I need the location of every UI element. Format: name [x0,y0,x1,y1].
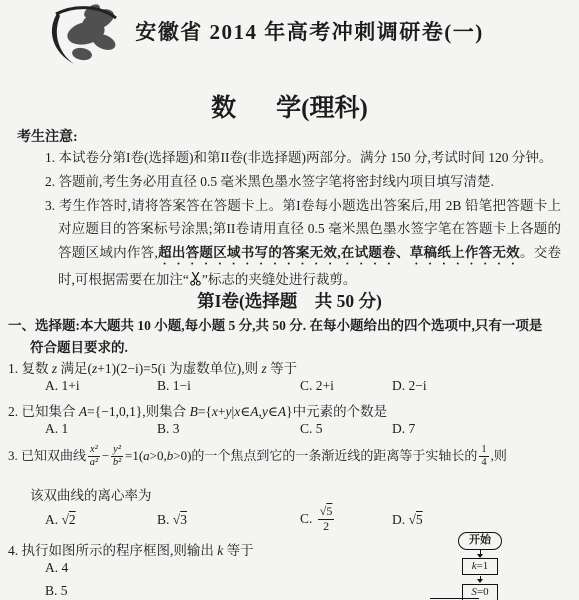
notice-list: 1. 本试卷分第I卷(选择题)和第II卷(非选择题)两部分。满分 150 分,考… [45,146,561,292]
question-1-options: A. 1+i B. 1−i C. 2+i D. 2−i [45,378,569,394]
option-1a: A. 1+i [45,378,157,394]
flowchart: 开始 k=1 S=0 [448,528,558,600]
question-3-stem-line2: 该双曲线的离心率为 [30,484,152,504]
flowchart-step-k1-box: k=1 [462,558,498,575]
subject-word1: 数 [211,95,236,122]
instruction-line-1: 一、选择题:本大题共 10 小题,每小题 5 分,共 50 分. 在每小题给出的… [8,318,542,333]
fraction-y2-b2: y²b² [111,444,123,468]
notice-item-2: 2. 答题前,考生务必用直径 0.5 毫米黑色墨水签字笔将密封线内项目填写清楚. [45,170,561,194]
option-2c: C. 5 [300,421,392,437]
question-3-stem: 3. 已知双曲线x²a²−y²b²=1(a>0,b>0)的一个焦点到它的一条渐近… [8,441,507,471]
instruction-line-2: 符合题目要求的. [8,337,574,359]
flowchart-arrowhead [477,554,483,558]
fraction-sqrt5-2: √52 [318,505,335,532]
notice-emphasized-text: 超出答题区域书写的答案无效,在试题卷、草稿纸上作答无效 [158,245,520,260]
page-title: 安徽省 2014 年高考冲刺调研卷(一) [70,16,549,46]
option-3a: A. √2 [45,512,157,528]
option-2a: A. 1 [45,421,157,437]
notice-heading: 考生注意: [17,126,78,146]
flowchart-loop-line [430,598,479,599]
subject-title: 数学(理科) [0,88,579,124]
question-2-stem: 2. 已知集合 A={−1,0,1},则集合 B={x+y|x∈A,y∈A}中元… [8,400,387,420]
question-4-stem: 4. 执行如图所示的程序框图,则输出 k 等于 [8,539,254,559]
subject-word2: 学(理科) [276,95,368,122]
option-1d: D. 2−i [392,378,569,394]
flowchart-arrowhead [477,579,483,583]
notice-item-3: 3. 考生作答时,请将答案答在答题卡上。第I卷每小题选出答案后,用 2B 铅笔把… [45,194,561,292]
option-1c: C. 2+i [300,378,392,394]
flowchart-start-box: 开始 [458,532,502,550]
option-3b: B. √3 [157,512,300,528]
option-1b: B. 1−i [157,378,300,394]
option-4a: A. 4 [45,560,68,576]
option-3c: C. √52 [300,506,392,533]
exam-paper-page: 安徽省 2014 年高考冲刺调研卷(一) 数学(理科) 考生注意: 1. 本试卷… [0,0,579,600]
section-1-heading: 第I卷(选择题 共 50 分) [0,288,579,313]
option-2b: B. 3 [157,421,300,437]
fraction-x2-a2: x²a² [88,444,100,468]
fraction-1-4: 14 [479,444,488,468]
option-3d: D. √5 [392,512,569,528]
option-4b: B. 5 [45,583,68,599]
scissors-icon [190,272,201,286]
section-1-instruction: 一、选择题:本大题共 10 小题,每小题 5 分,共 50 分. 在每小题给出的… [8,315,574,359]
notice-item-1: 1. 本试卷分第I卷(选择题)和第II卷(非选择题)两部分。满分 150 分,考… [45,146,561,170]
option-2d: D. 7 [392,421,569,437]
question-2-options: A. 1 B. 3 C. 5 D. 7 [45,421,569,437]
question-1-stem: 1. 复数 z 满足(z+1)(2−i)=5(i 为虚数单位),则 z 等于 [8,357,297,377]
